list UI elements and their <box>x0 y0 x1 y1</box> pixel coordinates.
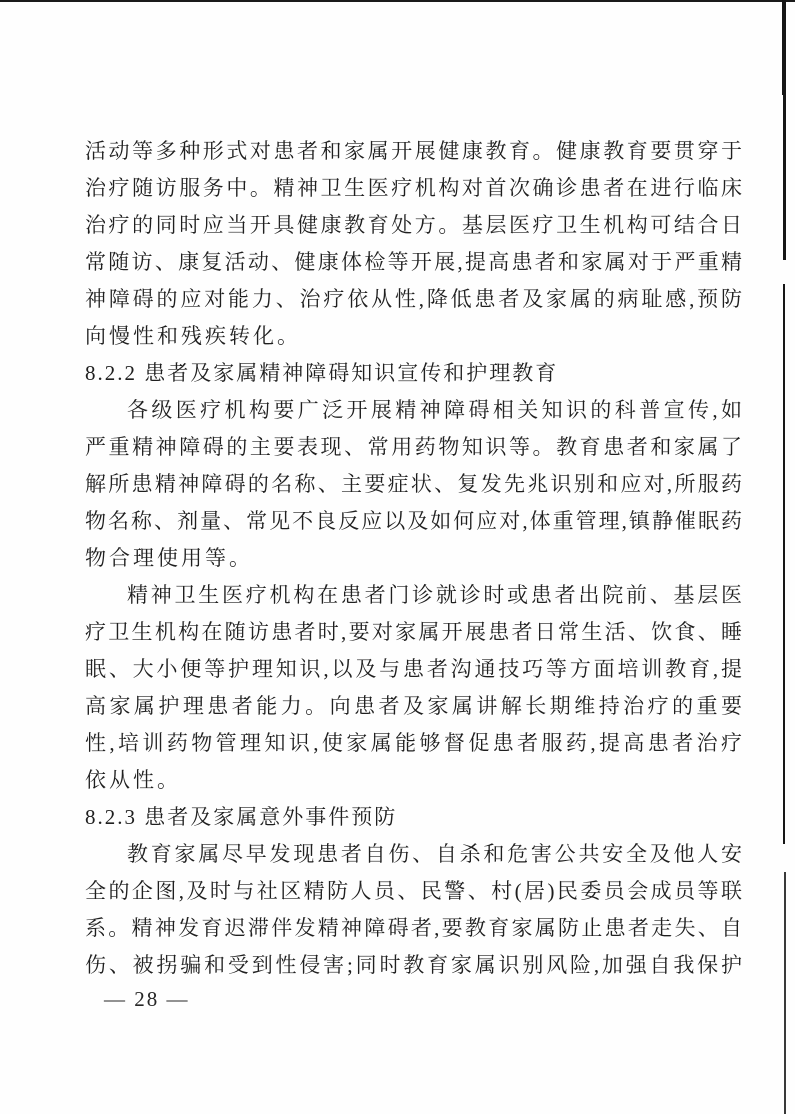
text-line: 8.2.2 患者及家属精神障碍知识宣传和护理教育 <box>85 355 742 392</box>
text-line: 治疗的同时应当开具健康教育处方。基层医疗卫生机构可结合日 <box>85 207 742 244</box>
text-line: 疗卫生机构在随访患者时,要对家属开展患者日常生活、饮食、睡 <box>85 614 742 651</box>
scan-right-edge-artifact <box>782 0 786 95</box>
text-line: 治疗随访服务中。精神卫生医疗机构对首次确诊患者在进行临床 <box>85 170 742 207</box>
text-block: 活动等多种形式对患者和家属开展健康教育。健康教育要贯穿于治疗随访服务中。精神卫生… <box>85 133 742 984</box>
text-line: 依从性。 <box>85 762 742 799</box>
text-line: 活动等多种形式对患者和家属开展健康教育。健康教育要贯穿于 <box>85 133 742 170</box>
page-number-footer: — 28 — <box>104 987 190 1012</box>
text-line: 高家属护理患者能力。向患者及家属讲解长期维持治疗的重要 <box>85 688 742 725</box>
text-line: 严重精神障碍的主要表现、常用药物知识等。教育患者和家属了 <box>85 429 742 466</box>
text-line: 物名称、剂量、常见不良反应以及如何应对,体重管理,镇静催眠药 <box>85 503 742 540</box>
text-line: 教育家属尽早发现患者自伤、自杀和危害公共安全及他人安 <box>85 836 742 873</box>
text-line: 神障碍的应对能力、治疗依从性,降低患者及家属的病耻感,预防 <box>85 281 742 318</box>
text-line: 全的企图,及时与社区精防人员、民警、村(居)民委员会成员等联 <box>85 873 742 910</box>
scan-right-edge-artifact <box>784 872 786 1114</box>
scan-right-edge-artifact <box>783 284 785 844</box>
text-line: 性,培训药物管理知识,使家属能够督促患者服药,提高患者治疗 <box>85 725 742 762</box>
text-line: 各级医疗机构要广泛开展精神障碍相关知识的科普宣传,如 <box>85 392 742 429</box>
text-line: 系。精神发育迟滞伴发精神障碍者,要教育家属防止患者走失、自 <box>85 910 742 947</box>
scan-right-edge-artifact <box>783 95 786 260</box>
text-line: 眠、大小便等护理知识,以及与患者沟通技巧等方面培训教育,提 <box>85 651 742 688</box>
text-line: 精神卫生医疗机构在患者门诊就诊时或患者出院前、基层医 <box>85 577 742 614</box>
text-line: 常随访、康复活动、健康体检等开展,提高患者和家属对于严重精 <box>85 244 742 281</box>
text-line: 伤、被拐骗和受到性侵害;同时教育家属识别风险,加强自我保护 <box>85 947 742 984</box>
scan-top-edge-artifact <box>0 0 795 2</box>
text-line: 物合理使用等。 <box>85 540 742 577</box>
text-line: 解所患精神障碍的名称、主要症状、复发先兆识别和应对,所服药 <box>85 466 742 503</box>
document-page: 活动等多种形式对患者和家属开展健康教育。健康教育要贯穿于治疗随访服务中。精神卫生… <box>0 0 795 1114</box>
text-line: 8.2.3 患者及家属意外事件预防 <box>85 799 742 836</box>
text-line: 向慢性和残疾转化。 <box>85 318 742 355</box>
